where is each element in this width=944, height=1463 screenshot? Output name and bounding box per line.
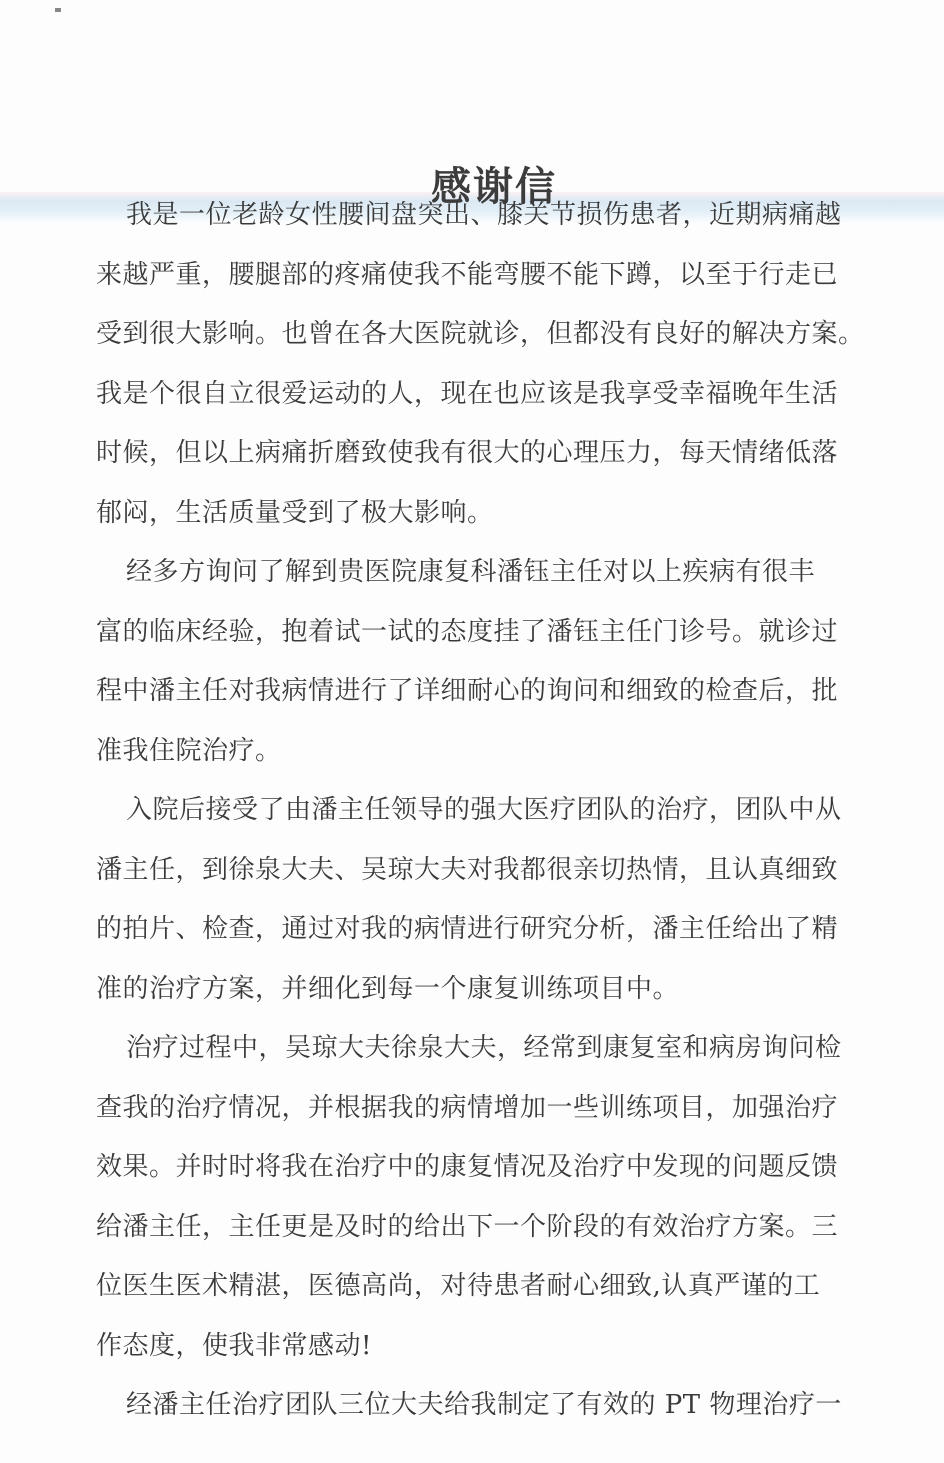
text-line: 位医生医术精湛，医德高尚，对待患者耐心细致,认真严谨的工 <box>96 1264 896 1324</box>
text-line: 准的治疗方案，并细化到每一个康复训练项目中。 <box>96 967 896 1027</box>
text-line: 治疗过程中，吴琼大夫徐泉大夫，经常到康复室和病房询问检 <box>96 1026 896 1086</box>
text-line: 时候，但以上病痛折磨致使我有很大的心理压力，每天情绪低落 <box>96 431 896 491</box>
paragraph-1: 我是一位老龄女性腰间盘突出、膝关节损伤患者，近期病痛越 来越严重，腰腿部的疼痛使… <box>96 193 896 550</box>
text-line: 作态度，使我非常感动! <box>96 1324 896 1384</box>
text-line: 准我住院治疗。 <box>96 729 896 789</box>
text-line: 经多方询问了解到贵医院康复科潘钰主任对以上疾病有很丰 <box>96 550 896 610</box>
text-line: 入院后接受了由潘主任领导的强大医疗团队的治疗，团队中从 <box>96 788 896 848</box>
text-line: 程中潘主任对我病情进行了详细耐心的询问和细致的检查后，批 <box>96 669 896 729</box>
text-line: 我是个很自立很爱运动的人，现在也应该是我享受幸福晚年生活 <box>96 372 896 432</box>
text-line: 我是一位老龄女性腰间盘突出、膝关节损伤患者，近期病痛越 <box>96 193 896 253</box>
text-line: 郁闷，生活质量受到了极大影响。 <box>96 491 896 551</box>
text-line: 给潘主任，主任更是及时的给出下一个阶段的有效治疗方案。三 <box>96 1205 896 1265</box>
paragraph-3: 入院后接受了由潘主任领导的强大医疗团队的治疗，团队中从 潘主任，到徐泉大夫、吴琼… <box>96 788 896 1026</box>
text-line: 查我的治疗情况，并根据我的病情增加一些训练项目，加强治疗 <box>96 1086 896 1146</box>
text-line: 经潘主任治疗团队三位大夫给我制定了有效的 PT 物理治疗一 <box>96 1383 896 1443</box>
text-line: 效果。并时时将我在治疗中的康复情况及治疗中发现的问题反馈 <box>96 1145 896 1205</box>
text-line: 富的临床经验，抱着试一试的态度挂了潘钰主任门诊号。就诊过 <box>96 610 896 670</box>
text-line: 来越严重，腰腿部的疼痛使我不能弯腰不能下蹲，以至于行走已 <box>96 253 896 313</box>
text-line: 的拍片、检查，通过对我的病情进行研究分析，潘主任给出了精 <box>96 907 896 967</box>
paragraph-5: 经潘主任治疗团队三位大夫给我制定了有效的 PT 物理治疗一 <box>96 1383 896 1443</box>
paragraph-4: 治疗过程中，吴琼大夫徐泉大夫，经常到康复室和病房询问检 查我的治疗情况，并根据我… <box>96 1026 896 1383</box>
scan-speck <box>55 8 61 12</box>
text-line: 潘主任，到徐泉大夫、吴琼大夫对我都很亲切热情，且认真细致 <box>96 848 896 908</box>
letter-body: 我是一位老龄女性腰间盘突出、膝关节损伤患者，近期病痛越 来越严重，腰腿部的疼痛使… <box>96 193 896 1443</box>
paragraph-2: 经多方询问了解到贵医院康复科潘钰主任对以上疾病有很丰 富的临床经验，抱着试一试的… <box>96 550 896 788</box>
text-line: 受到很大影响。也曾在各大医院就诊，但都没有良好的解决方案。 <box>96 312 896 372</box>
